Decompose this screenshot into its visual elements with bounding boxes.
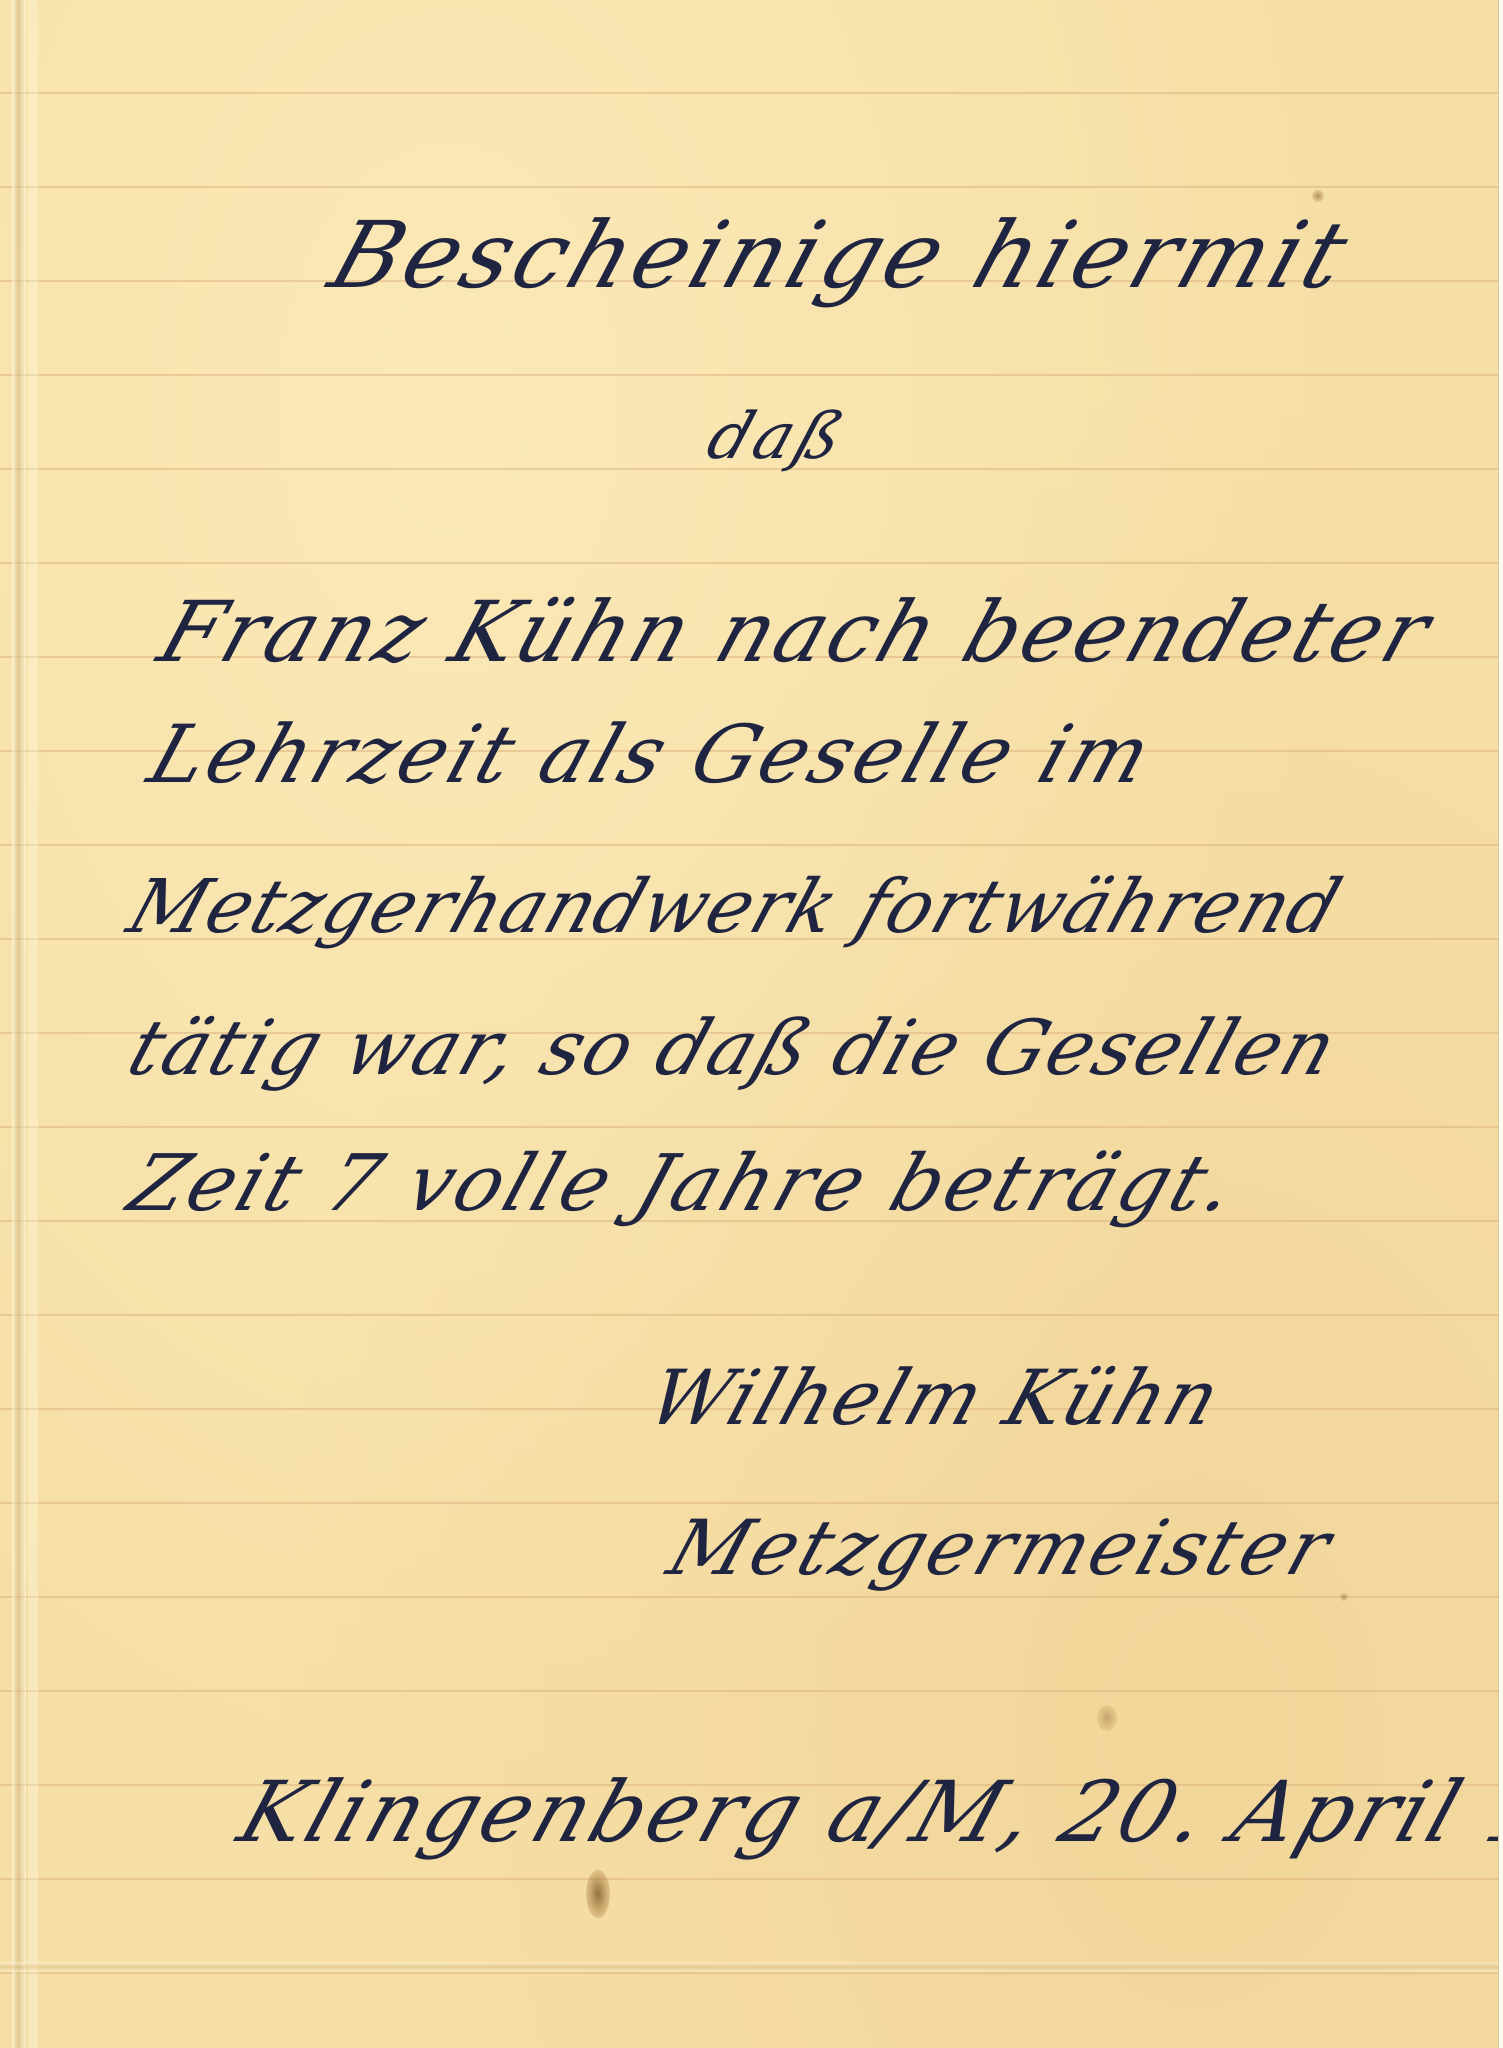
signature-name: Wilhelm Kühn	[640, 1360, 1230, 1436]
place-date: Klingenberg a/M, 20. April 1925	[230, 1770, 1498, 1854]
body-line: Metzgerhandwerk fortwährend	[120, 870, 1350, 944]
body-line: Zeit 7 volle Jahre beträgt.	[120, 1145, 1248, 1223]
paper-spot	[1340, 1593, 1348, 1601]
heading-text: Bescheinige hiermit	[320, 210, 1362, 302]
document-sheet: Bescheinige hiermit daß Franz Kühn nach …	[0, 0, 1498, 2048]
ink-stain	[586, 1870, 610, 1918]
body-line: Lehrzeit als Geselle im	[140, 715, 1163, 795]
paper-stain	[1097, 1705, 1117, 1731]
horizontal-fold	[0, 1962, 1498, 1972]
body-line: Franz Kühn nach beendeter	[150, 590, 1442, 674]
vertical-fold	[12, 0, 26, 2048]
body-line: tätig war, so daß die Gesellen	[120, 1010, 1347, 1086]
conjunction-text: daß	[700, 405, 855, 469]
scan-margin	[1498, 0, 1503, 2048]
signature-title: Metzgermeister	[660, 1510, 1342, 1586]
paper-spot	[1312, 190, 1324, 202]
vertical-fold-highlight	[28, 0, 38, 2048]
